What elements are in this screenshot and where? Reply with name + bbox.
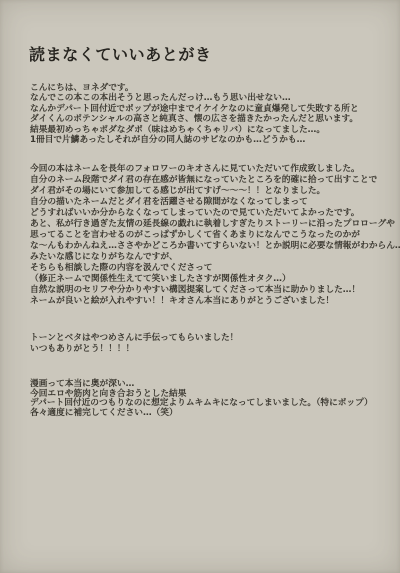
text-line: みたいな感じになりがちなんですが、 (30, 252, 384, 263)
text-line: なんかデパート回付近でポップが途中までイケイケなのに童貞爆発して失敗する所と (30, 104, 384, 114)
text-line: いつもありがとう！！！！ (30, 344, 384, 355)
text-line: トーンとベタはやつめさんに手伝ってもらいました！ (30, 333, 384, 344)
text-line: 結果最初めっちゃポダなダポ（味はめちゃくちゃリバ）になってました…。 (30, 125, 384, 135)
text-line: 思ってることを言わせるのがこっぱずかしくて省くあまりになんでこうなったのかが (30, 230, 384, 241)
text-line: こんにちは、ヨネダです。 (30, 83, 384, 93)
paragraph-closing: 漫画って本当に奥が深い… 今回エロや筋肉と向き合おうとした結果 デパート回付近の… (30, 380, 384, 418)
paragraph-intro: こんにちは、ヨネダです。 なんでこの本この本出そうと思ったんだっけ…もう思い出せ… (30, 83, 384, 145)
text-line: ダイくんのポテンシャルの高さと純真さ、懐の広さを描きたかったんだと思います。 (30, 114, 384, 124)
paragraph-name-check-thanks: 今回の本はネームを長年のフォロワーのキオさんに見ていただいて作成致しました。 自… (30, 164, 384, 307)
text-line: なんでこの本この本出そうと思ったんだっけ…もう思い出せない… (30, 93, 384, 103)
text-line: 各々適度に補完してください…（笑） (30, 409, 384, 419)
text-line: 自然な説明のセリフや分かりやすい構図提案してくださって本当に助かりました…！ (30, 285, 384, 296)
text-line: （修正ネームで関係性生えてて笑いましたさすが関係性オタク…） (30, 274, 384, 285)
text-line: 今回の本はネームを長年のフォロワーのキオさんに見ていただいて作成致しました。 (30, 164, 384, 175)
text-line: な～んもわかんねえ…ささやかどころか書いてすらいない！とか説明に必要な情報がわか… (30, 241, 384, 252)
page-title: 読まなくていいあとがき (29, 42, 212, 65)
text-line: あと、私が行き過ぎた友情の延長線の戯れに執着しすぎたりストーリーに沿ったプロロー… (30, 219, 384, 230)
text-line: 自分の描いたネームだとダイ君を活躍させる隙間がなくなってしまって (30, 197, 384, 208)
text-line: 1冊目で片鱗あったしそれが自分の同人誌のサビなのかも…どうかも… (30, 135, 384, 145)
text-line: ダイ君がその場にいて参加してる感じが出てすげ～～～！！となりました。 (30, 186, 384, 197)
text-line: そちらも相談した際の内容を汲んでくださって (30, 263, 384, 274)
text-line: 自分のネーム段階でダイ君の存在感が皆無になっていたところを的確に拾って出すことで (30, 175, 384, 186)
text-line: ネームが良いと絵が入れやすい！！キオさん本当にありがとうございました！ (30, 296, 384, 307)
afterword-page: 読まなくていいあとがき こんにちは、ヨネダです。 なんでこの本この本出そうと思っ… (0, 0, 400, 573)
paragraph-tone-beta-thanks: トーンとベタはやつめさんに手伝ってもらいました！ いつもありがとう！！！！ (30, 333, 384, 354)
text-line: どうすればいいか分からなくなってしまっていたので見ていただいてよかったです。 (30, 208, 384, 219)
